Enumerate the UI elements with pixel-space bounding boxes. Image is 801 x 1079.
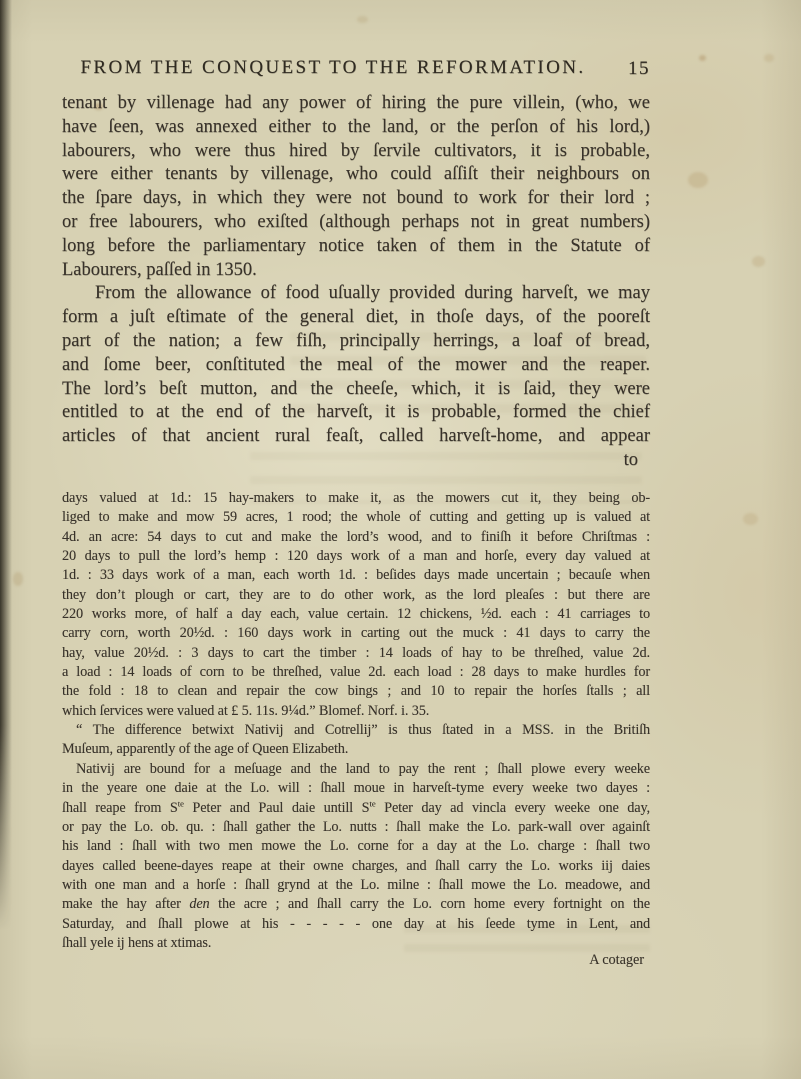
- text-line: or pay the Lo. ob. qu. : ſhall gather th…: [62, 818, 650, 837]
- text-line: Saturday, and ſhall plowe at his - - - -…: [62, 915, 650, 934]
- text-line: 20 days to pull the lord’s hemp : 120 da…: [62, 547, 650, 566]
- text-line: articles of that ancient rural feaſt, ca…: [62, 425, 650, 449]
- text-line: the fold : 18 to clean and repair the co…: [62, 682, 650, 701]
- text-line: make the hay after den the acre ; and ſh…: [62, 895, 650, 914]
- text-line: carry corn, worth 20½d. : 160 days work …: [62, 624, 650, 643]
- text-line: were either tenants by villenage, who co…: [62, 163, 650, 187]
- footnote-text: days valued at 1d.: 15 hay-makers to mak…: [62, 489, 650, 953]
- text-line: long before the parliamentary notice tak…: [62, 235, 650, 259]
- text-line: 1d. : 33 days work of a man, each worth …: [62, 566, 650, 585]
- text-line: ſhall reape from Ste Peter and Paul daie…: [62, 799, 650, 818]
- text-line: or free labourers, who exiſted (although…: [62, 211, 650, 235]
- running-header: FROM THE CONQUEST TO THE REFORMATION. 15: [62, 57, 650, 83]
- text-line: which ſervices were valued at £ 5. 11s. …: [62, 702, 650, 721]
- text-line: dayes called beene-dayes reape at their …: [62, 857, 650, 876]
- catchword: to: [62, 449, 650, 473]
- text-line: Muſeum, apparently of the age of Queen E…: [62, 740, 650, 759]
- book-page: FROM THE CONQUEST TO THE REFORMATION. 15…: [0, 0, 801, 1079]
- text-line: and ſome beer, conſtituted the meal of t…: [62, 354, 650, 378]
- text-line: tenant by villenage had any power of hir…: [62, 92, 650, 116]
- page-edge-shadow: [0, 0, 12, 930]
- text-line: with one man and a horſe : ſhall grynd a…: [62, 876, 650, 895]
- text-line: a load : 14 loads of corn to be threſhed…: [62, 663, 650, 682]
- text-line: 4d. an acre: 54 days to cut and make the…: [62, 528, 650, 547]
- foxing-spot: [357, 16, 368, 23]
- text-line: days valued at 1d.: 15 hay-makers to mak…: [62, 489, 650, 508]
- text-line: his land : ſhall with two men mowe the L…: [62, 837, 650, 856]
- text-line: labourers, who were thus hired by ſervil…: [62, 140, 650, 164]
- text-line: Nativij are bound for a meſuage and the …: [62, 760, 650, 779]
- text-line: in the yeare one daie at the Lo. will : …: [62, 779, 650, 798]
- foxing-spot: [688, 172, 708, 188]
- page-number: 15: [628, 58, 650, 80]
- text-line: form a juſt eſtimate of the general diet…: [62, 306, 650, 330]
- foxing-spot: [743, 513, 758, 525]
- foxing-spot: [752, 256, 765, 267]
- text-line: the ſpare days, in which they were not b…: [62, 187, 650, 211]
- text-line: have ſeen, was annexed either to the lan…: [62, 116, 650, 140]
- foxing-spot: [13, 572, 23, 586]
- text-line: part of the nation; a few fiſh, principa…: [62, 330, 650, 354]
- running-header-title: FROM THE CONQUEST TO THE REFORMATION.: [62, 57, 650, 79]
- text-line: entitled to at the end of the harveſt, i…: [62, 401, 650, 425]
- text-line: The lord’s beſt mutton, and the cheeſe, …: [62, 378, 650, 402]
- foxing-spot: [699, 55, 706, 61]
- body-text: tenant by villenage had any power of hir…: [62, 92, 650, 449]
- text-line: 220 works more, of half a day each, valu…: [62, 605, 650, 624]
- text-line: “ The difference betwixt Nativij and Cot…: [62, 721, 650, 740]
- text-line: hay, value 20½d. : 3 days to cart the ti…: [62, 644, 650, 663]
- text-line: they don’t plough or cart, they are to d…: [62, 586, 650, 605]
- text-line: From the allowance of food uſually provi…: [62, 282, 650, 306]
- text-line: Labourers, paſſed in 1350.: [62, 259, 650, 283]
- catchword: A cotager: [62, 951, 650, 970]
- text-line: liged to make and mow 59 acres, 1 rood; …: [62, 508, 650, 527]
- foxing-spot: [764, 54, 774, 62]
